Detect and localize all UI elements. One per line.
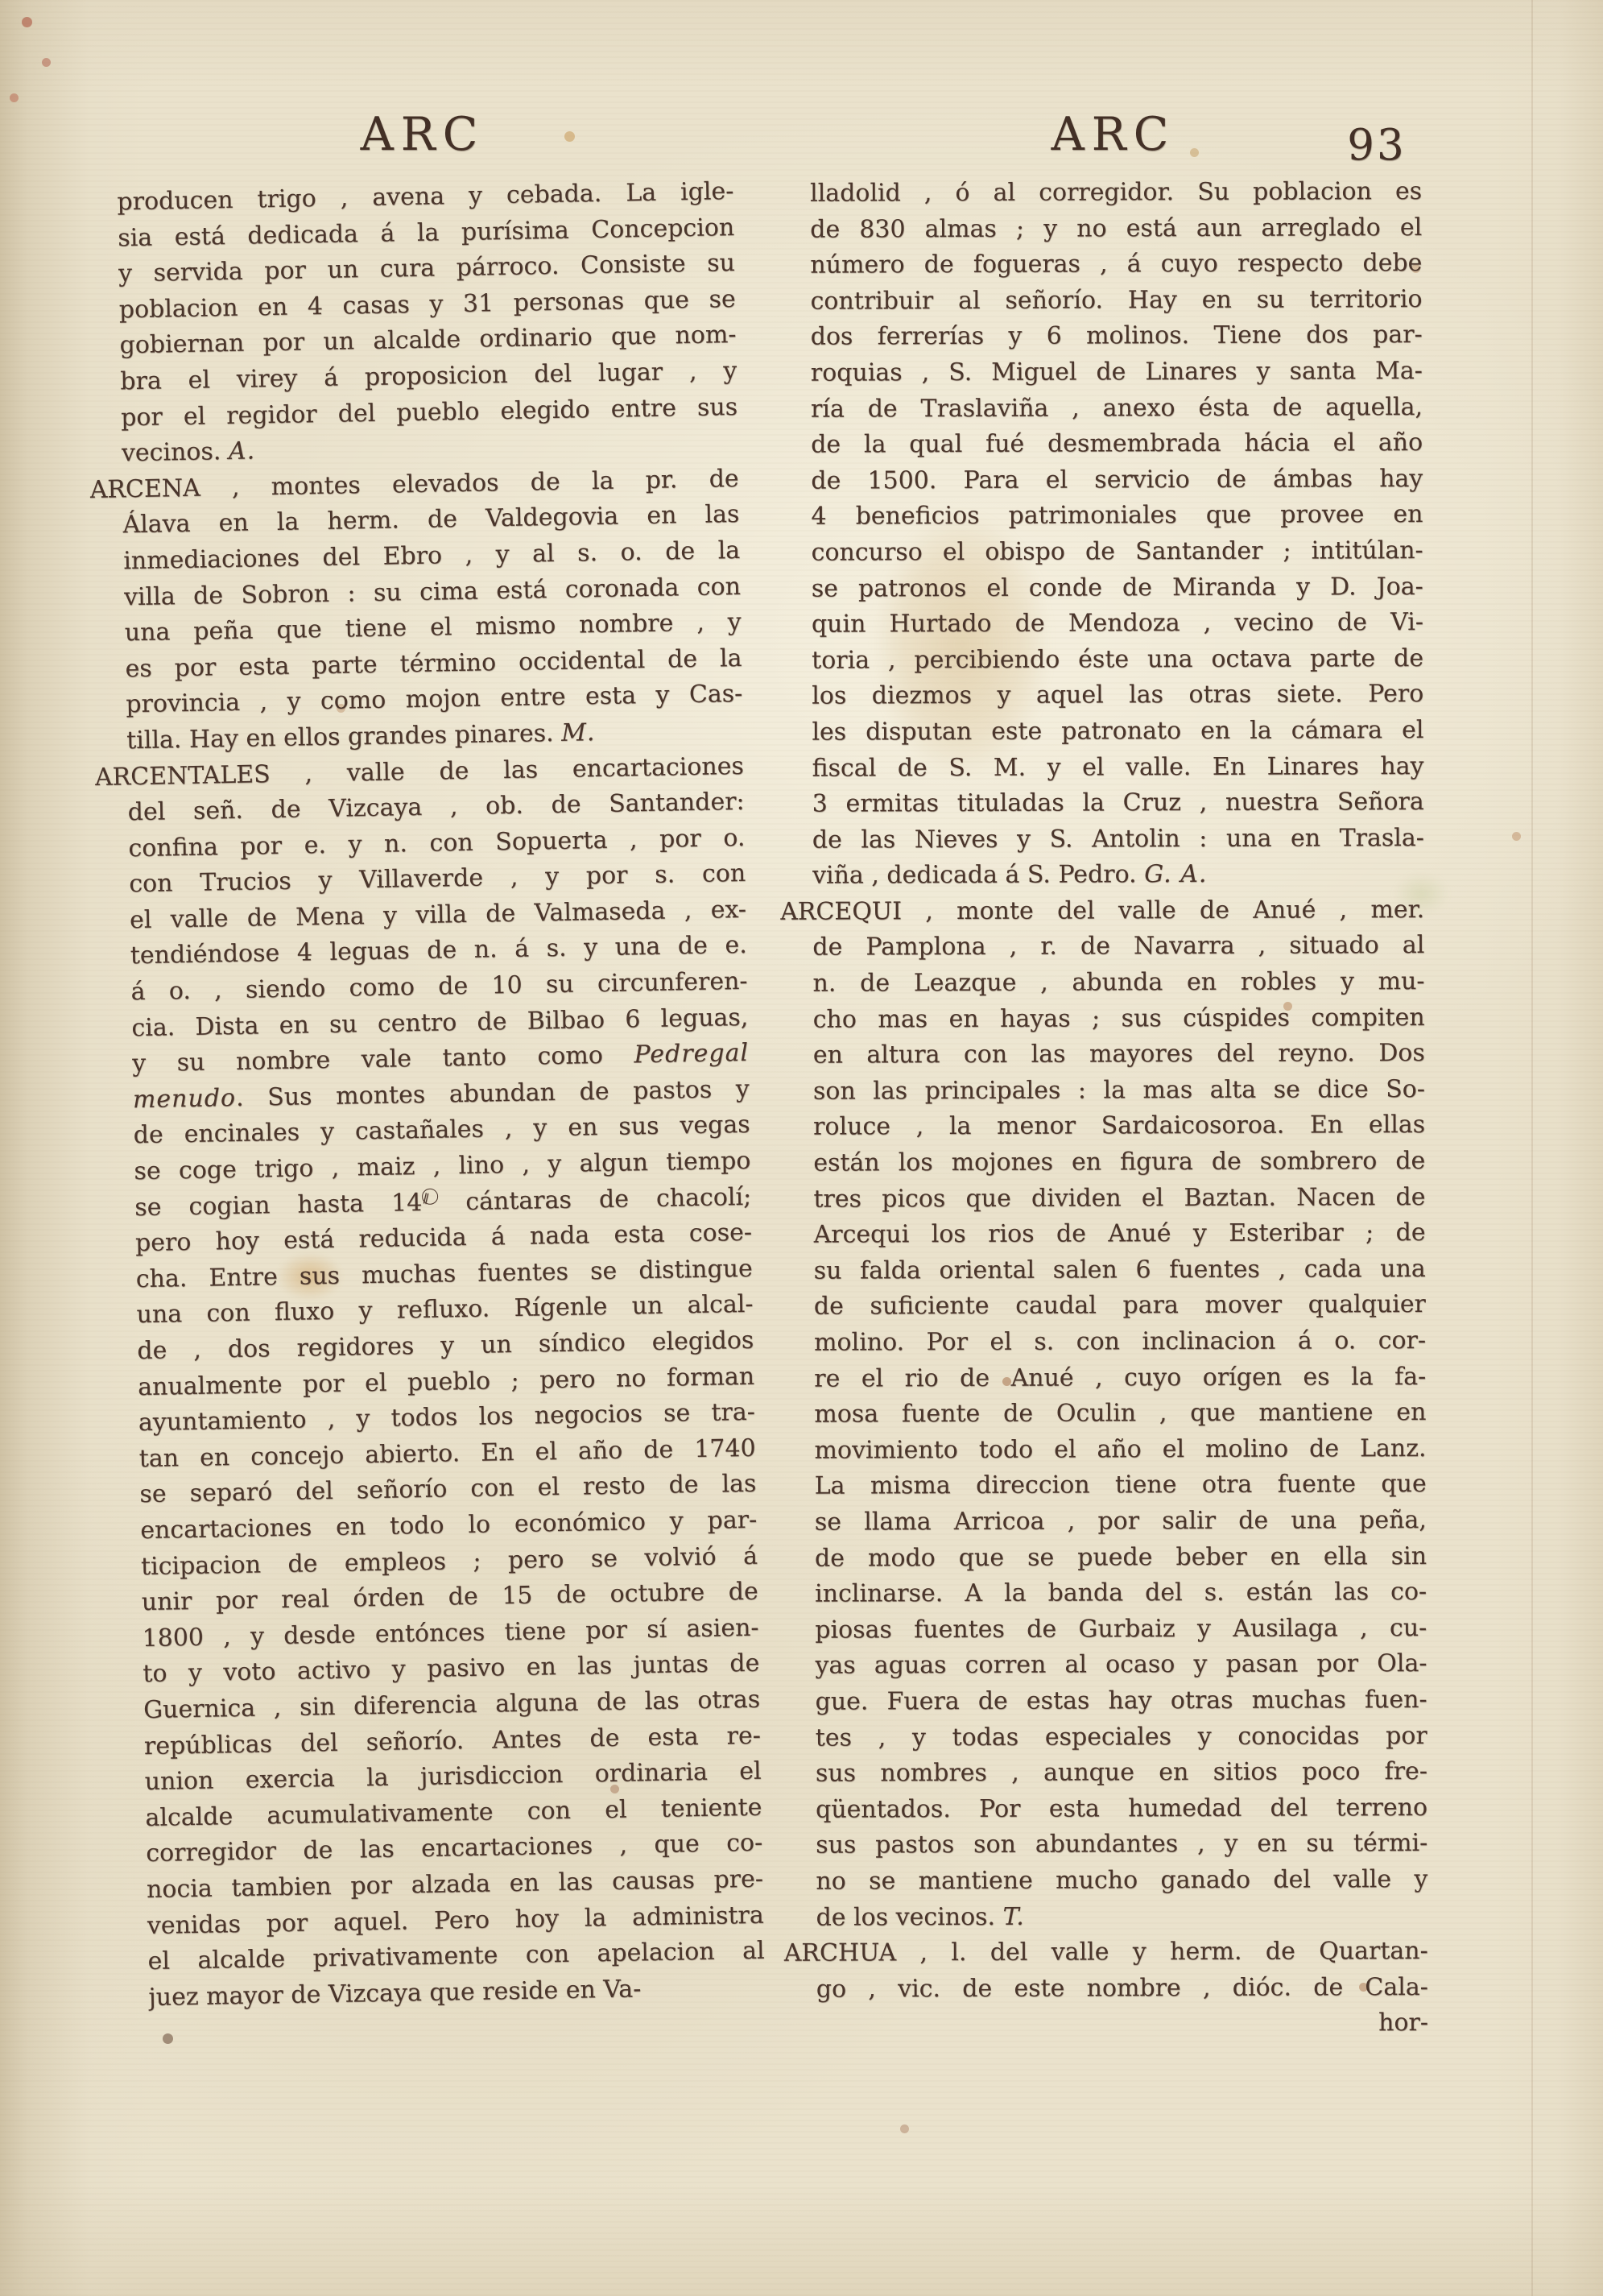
text-line: de las Nieves y S. Antolin : una en Tras… <box>812 821 1424 858</box>
text-line: se patronos el conde de Miranda y D. Joa… <box>812 569 1423 607</box>
text-line: piosas fuentes de Gurbaiz y Ausilaga , c… <box>815 1611 1427 1649</box>
text-line: tes , y todas especiales y conocidas por <box>816 1719 1427 1756</box>
text-line: ría de Traslaviña , anexo ésta de aquell… <box>811 390 1423 428</box>
text-line: de 830 almas ; y no está aun arreglado e… <box>810 210 1422 248</box>
text-line: go , vic. de este nombre , dióc. de Cala… <box>816 1970 1428 2008</box>
text-line: están los mojones en figura de sombrero … <box>813 1144 1425 1181</box>
text-line: su falda oriental salen 6 fuentes , cada… <box>814 1251 1426 1289</box>
text-line: mosa fuente de Oculin , que mantiene en <box>814 1395 1426 1433</box>
text-line: n. de Leazque , abunda en robles y mu- <box>812 964 1424 1002</box>
text-line: sus nombres , aunque en sitios poco fre- <box>816 1754 1427 1792</box>
left-column: producen trigo , avena y cebada. La igle… <box>117 174 766 2016</box>
catchword: hor- <box>816 2005 1428 2043</box>
text-line: los diezmos y aquel las otras siete. Per… <box>812 676 1423 714</box>
text-line: re el rio de Anué , cuyo orígen es la fa… <box>814 1359 1426 1397</box>
text-line: movimiento todo el año el molino de Lanz… <box>814 1431 1426 1469</box>
right-column: lladolid , ó al corregidor. Su poblacion… <box>810 174 1428 2044</box>
text-line: de suficiente caudal para mover qualquie… <box>814 1287 1426 1325</box>
text-line: se llama Arricoa , por salir de una peña… <box>815 1503 1427 1541</box>
calderon-thousands-icon: ∥ <box>422 1188 438 1204</box>
scanned-book-page: ARC ARC 93 producen trigo , avena y ceba… <box>0 0 1603 2296</box>
running-title-left: ARC <box>322 108 523 161</box>
text-line: viña , dedicada á S. Pedro. G. A. <box>812 856 1424 894</box>
text-line: les disputan este patronato en la cámara… <box>812 713 1423 751</box>
text-line: de Pamplona , r. de Navarra , situado al <box>812 928 1424 966</box>
text-line: La misma direccion tiene otra fuente que <box>815 1467 1427 1504</box>
text-line: 4 beneficios patrimoniales que provee en <box>811 497 1423 535</box>
text-line: gue. Fuera de estas hay otras muchas fue… <box>816 1682 1427 1720</box>
text-line: sus pastos son abundantes , y en su térm… <box>816 1826 1427 1864</box>
text-line: contribuir al señorío. Hay en su territo… <box>810 282 1422 320</box>
text-line: 3 ermitas tituladas la Cruz , nuestra Se… <box>812 784 1424 822</box>
text-line: son las principales : la mas alta se dic… <box>813 1072 1425 1110</box>
text-line: quin Hurtado de Mendoza , vecino de Vi- <box>812 605 1423 643</box>
page-number: 93 <box>1312 121 1441 170</box>
entry-first-line: ARCEQUI , monte del valle de Anué , mer. <box>780 892 1424 930</box>
text-line: roquias , S. Miguel de Linares y santa M… <box>811 354 1423 391</box>
text-line: toria , percibiendo éste una octava part… <box>812 641 1423 679</box>
text-line: cho mas en hayas ; sus cúspides compiten <box>813 1000 1425 1038</box>
page-edge-line <box>1531 0 1533 2296</box>
text-line: inclinarse. A la banda del s. están las … <box>815 1574 1427 1612</box>
text-line: de la qual fué desmembrada hácia el año <box>811 425 1423 463</box>
entry-first-line: ARCHUA , l. del valle y herm. de Quartan… <box>784 1934 1428 1971</box>
text-line: de modo que se puede beber en ella sin <box>815 1539 1427 1577</box>
text-line: dos ferrerías y 6 molinos. Tiene dos par… <box>811 317 1423 355</box>
text-line: roluce , la menor Sardaicosoroa. En ella… <box>813 1107 1425 1145</box>
running-title-right: ARC <box>1013 108 1214 161</box>
text-line: fiscal de S. M. y el valle. En Linares h… <box>812 748 1423 786</box>
text-line: qüentados. Por esta humedad del terreno <box>816 1790 1427 1828</box>
text-line: concurso el obispo de Santander ; intitú… <box>812 533 1423 571</box>
text-line: lladolid , ó al corregidor. Su poblacion… <box>810 174 1422 212</box>
paper-specks <box>0 0 6 6</box>
text-line: de los vecinos. T. <box>816 1897 1427 1935</box>
text-line: molino. Por el s. con inclinacion á o. c… <box>814 1323 1426 1361</box>
text-line: tres picos que dividen el Baztan. Nacen … <box>813 1180 1425 1218</box>
text-line: no se mantiene mucho ganado del valle y <box>816 1862 1427 1900</box>
text-line: número de fogueras , á cuyo respecto deb… <box>810 246 1422 283</box>
text-line: yas aguas corren al ocaso y pasan por Ol… <box>815 1646 1427 1684</box>
text-line: de 1500. Para el servicio de ámbas hay <box>811 461 1423 499</box>
text-line: en altura con las mayores del reyno. Dos <box>813 1036 1425 1074</box>
text-line: Arcequi los rios de Anué y Esteribar ; d… <box>814 1215 1426 1253</box>
